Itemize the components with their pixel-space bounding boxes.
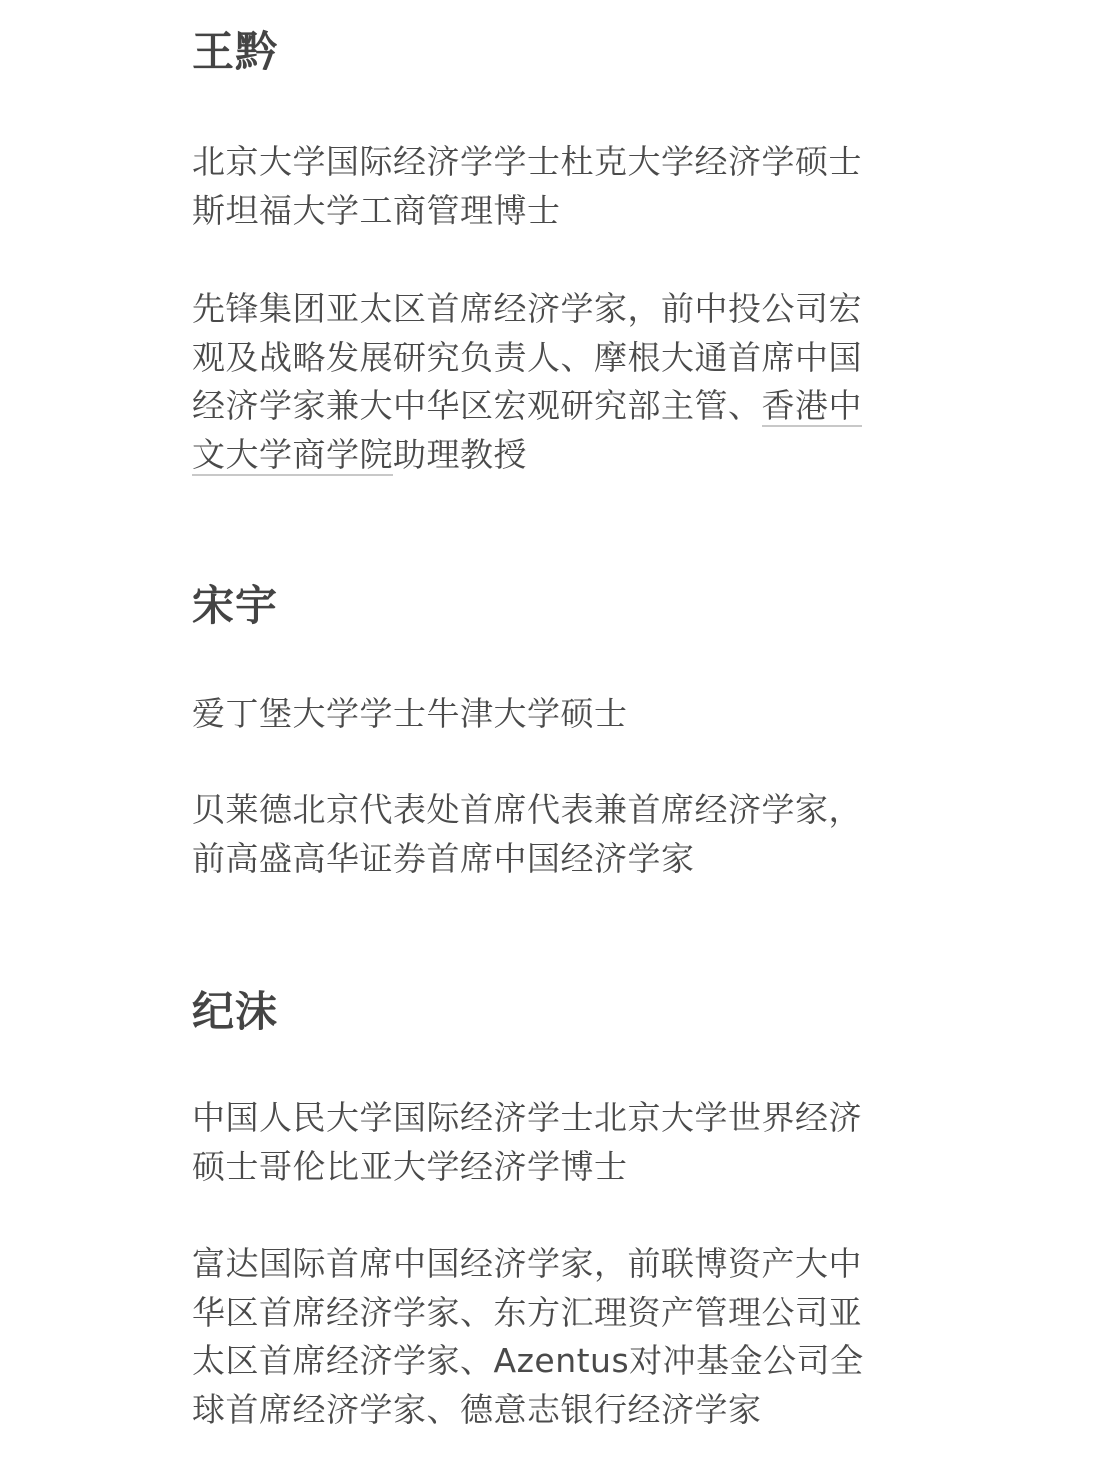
profile-education: 爱丁堡大学学士牛津大学硕士 [192,690,892,739]
profile-career: 先锋集团亚太区首席经济学家，前中投公司宏观及战略发展研究负责人、摩根大通首席中国… [192,285,892,479]
profile-ji-mo: 纪沫 [192,984,912,1040]
profile-name: 纪沫 [192,984,912,1040]
profile-wang-qian: 王黔 [192,24,912,80]
profile-education: 中国人民大学国际经济学士北京大学世界经济硕士哥伦比亚大学经济学博士 [192,1094,892,1191]
profile-career: 富达国际首席中国经济学家，前联博资产大中华区首席经济学家、东方汇理资产管理公司亚… [192,1240,892,1434]
profile-name: 王黔 [192,24,912,80]
profile-career: 贝莱德北京代表处首席代表兼首席经济学家，前高盛高华证券首席中国经济学家 [192,786,892,883]
profile-song-yu: 宋宇 [192,578,912,634]
career-text-tail: 助理教授 [393,435,527,474]
clipped-header-area [0,0,1102,6]
profile-name: 宋宇 [192,578,912,634]
profile-education: 北京大学国际经济学学士杜克大学经济学硕士斯坦福大学工商管理博士 [192,138,892,235]
